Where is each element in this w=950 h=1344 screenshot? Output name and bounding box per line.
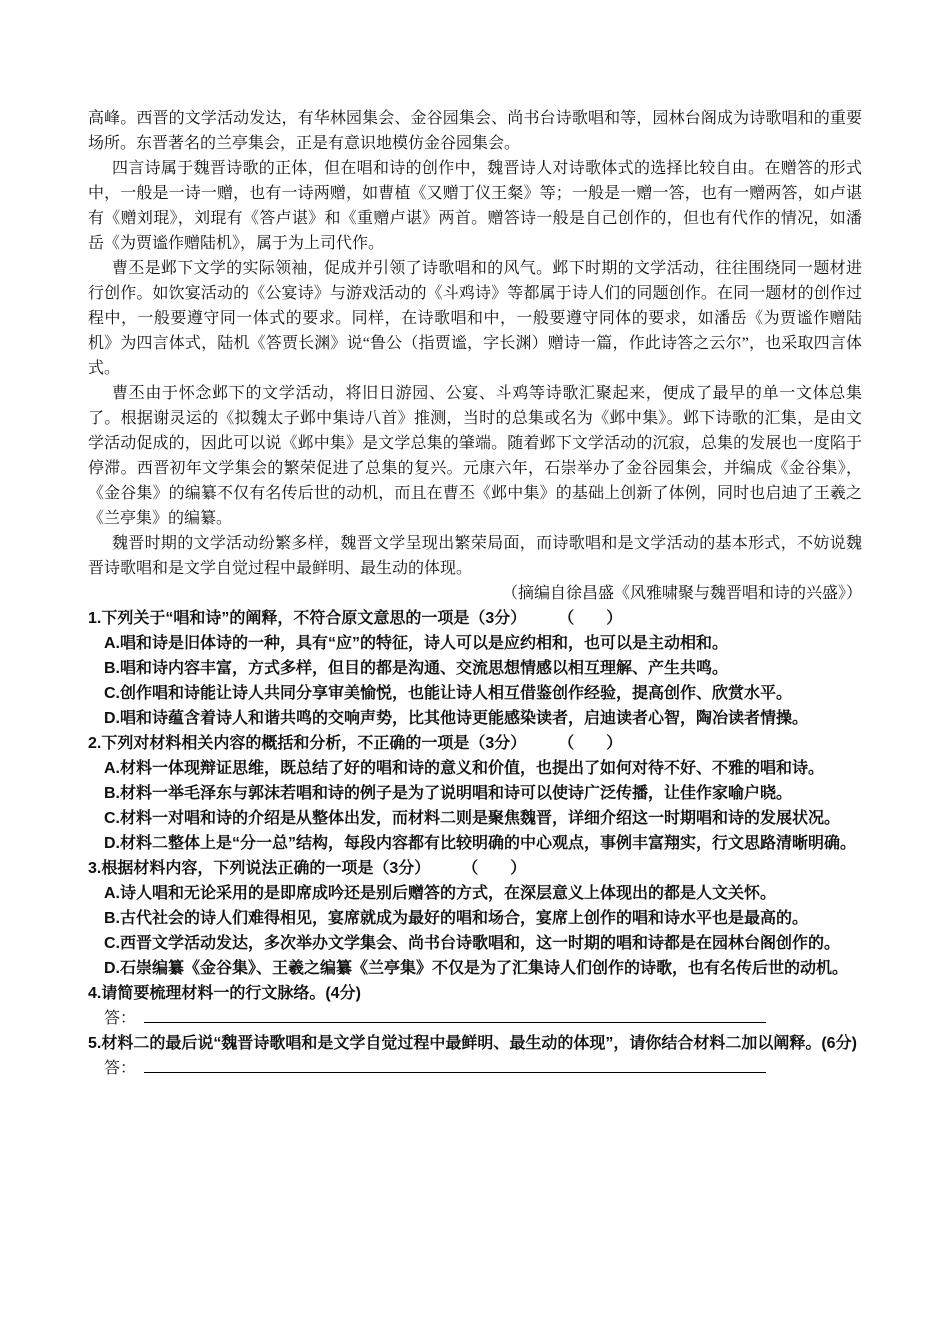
question-section: 1.下列关于“唱和诗”的阐释，不符合原文意思的一项是（3分）（ ） A.唱和诗是… [88,606,862,1081]
answer-line: 答： [88,1006,862,1031]
question-stem: 3.根据材料内容，下列说法正确的一项是（3分）（ ） [88,856,862,881]
question-option-c[interactable]: C.材料一对唱和诗的介绍是从整体出发，而材料二则是聚焦魏晋，详细介绍这一时期唱和… [88,806,862,831]
answer-blank[interactable] [144,1008,766,1023]
question-option-c[interactable]: C.创作唱和诗能让诗人共同分享审美愉悦，也能让诗人相互借鉴创作经验，提高创作、欣… [88,681,862,706]
question-stem: 5.材料二的最后说“魏晋诗歌唱和是文学自觉过程中最鲜明、最生动的体现”，请你结合… [88,1031,862,1056]
question-option-b[interactable]: B.古代社会的诗人们难得相见，宴席就成为最好的唱和场合，宴席上创作的唱和诗水平也… [88,906,862,931]
question-option-d[interactable]: D.石崇编纂《金谷集》、王羲之编纂《兰亭集》不仅是为了汇集诗人们创作的诗歌，也有… [88,956,862,981]
question-stem: 4.请简要梳理材料一的行文脉络。(4分) [88,981,862,1006]
answer-brackets[interactable]: （ ） [470,860,526,877]
question-option-a[interactable]: A.诗人唱和无论采用的是即席成吟还是别后赠答的方式，在深层意义上体现出的都是人文… [88,881,862,906]
question-option-b[interactable]: B.唱和诗内容丰富，方式多样，但目的都是沟通、交流思想情感以相互理解、产生共鸣。 [88,656,862,681]
question-option-a[interactable]: A.材料一体现辩证思维，既总结了好的唱和诗的意义和价值，也提出了如何对待不好、不… [88,756,862,781]
passage-paragraph: 曹丕由于怀念邺下的文学活动，将旧日游园、公宴、斗鸡等诗歌汇聚起来，便成了最早的单… [88,381,862,531]
question-stem-text: 2.下列对材料相关内容的概括和分析，不正确的一项是（3分） [88,735,526,752]
answer-brackets[interactable]: （ ） [566,735,622,752]
reading-passage: 高峰。西晋的文学活动发达，有华林园集会、金谷园集会、尚书台诗歌唱和等，园林台阁成… [88,106,862,606]
question-stem: 2.下列对材料相关内容的概括和分析，不正确的一项是（3分）（ ） [88,731,862,756]
answer-line: 答： [88,1056,862,1081]
exam-page: 高峰。西晋的文学活动发达，有华林园集会、金谷园集会、尚书台诗歌唱和等，园林台阁成… [0,0,950,1344]
passage-paragraph: 魏晋时期的文学活动纷繁多样，魏晋文学呈现出繁荣局面，而诗歌唱和是文学活动的基本形… [88,531,862,581]
answer-blank[interactable] [144,1058,766,1073]
passage-paragraph: 高峰。西晋的文学活动发达，有华林园集会、金谷园集会、尚书台诗歌唱和等，园林台阁成… [88,106,862,156]
question-stem-text: 3.根据材料内容，下列说法正确的一项是（3分） [88,860,430,877]
question-option-b[interactable]: B.材料一举毛泽东与郭沫若唱和诗的例子是为了说明唱和诗可以使诗广泛传播，让佳作家… [88,781,862,806]
question-option-c[interactable]: C.西晋文学活动发达，多次举办文学集会、尚书台诗歌唱和，这一时期的唱和诗都是在园… [88,931,862,956]
passage-paragraph: 曹丕是邺下文学的实际领袖，促成并引领了诗歌唱和的风气。邺下时期的文学活动，往往围… [88,256,862,381]
question-3: 3.根据材料内容，下列说法正确的一项是（3分）（ ） A.诗人唱和无论采用的是即… [88,856,862,981]
question-option-a[interactable]: A.唱和诗是旧体诗的一种，具有“应”的特征，诗人可以是应约相和，也可以是主动相和… [88,631,862,656]
answer-label: 答： [104,1060,136,1077]
question-5: 5.材料二的最后说“魏晋诗歌唱和是文学自觉过程中最鲜明、最生动的体现”，请你结合… [88,1031,862,1081]
question-stem: 1.下列关于“唱和诗”的阐释，不符合原文意思的一项是（3分）（ ） [88,606,862,631]
question-4: 4.请简要梳理材料一的行文脉络。(4分) 答： [88,981,862,1031]
answer-brackets[interactable]: （ ） [566,610,622,627]
question-2: 2.下列对材料相关内容的概括和分析，不正确的一项是（3分）（ ） A.材料一体现… [88,731,862,856]
question-1: 1.下列关于“唱和诗”的阐释，不符合原文意思的一项是（3分）（ ） A.唱和诗是… [88,606,862,731]
answer-label: 答： [104,1010,136,1027]
question-stem-text: 1.下列关于“唱和诗”的阐释，不符合原文意思的一项是（3分） [88,610,526,627]
question-option-d[interactable]: D.材料二整体上是“分一总”结构，每段内容都有比较明确的中心观点，事例丰富翔实，… [88,831,862,856]
passage-citation: （摘编自徐昌盛《风雅啸聚与魏晋唱和诗的兴盛》） [88,581,862,606]
passage-paragraph: 四言诗属于魏晋诗歌的正体，但在唱和诗的创作中，魏晋诗人对诗歌体式的选择比较自由。… [88,156,862,256]
question-option-d[interactable]: D.唱和诗蕴含着诗人和谐共鸣的交响声势，比其他诗更能感染读者，启迪读者心智，陶冶… [88,706,862,731]
